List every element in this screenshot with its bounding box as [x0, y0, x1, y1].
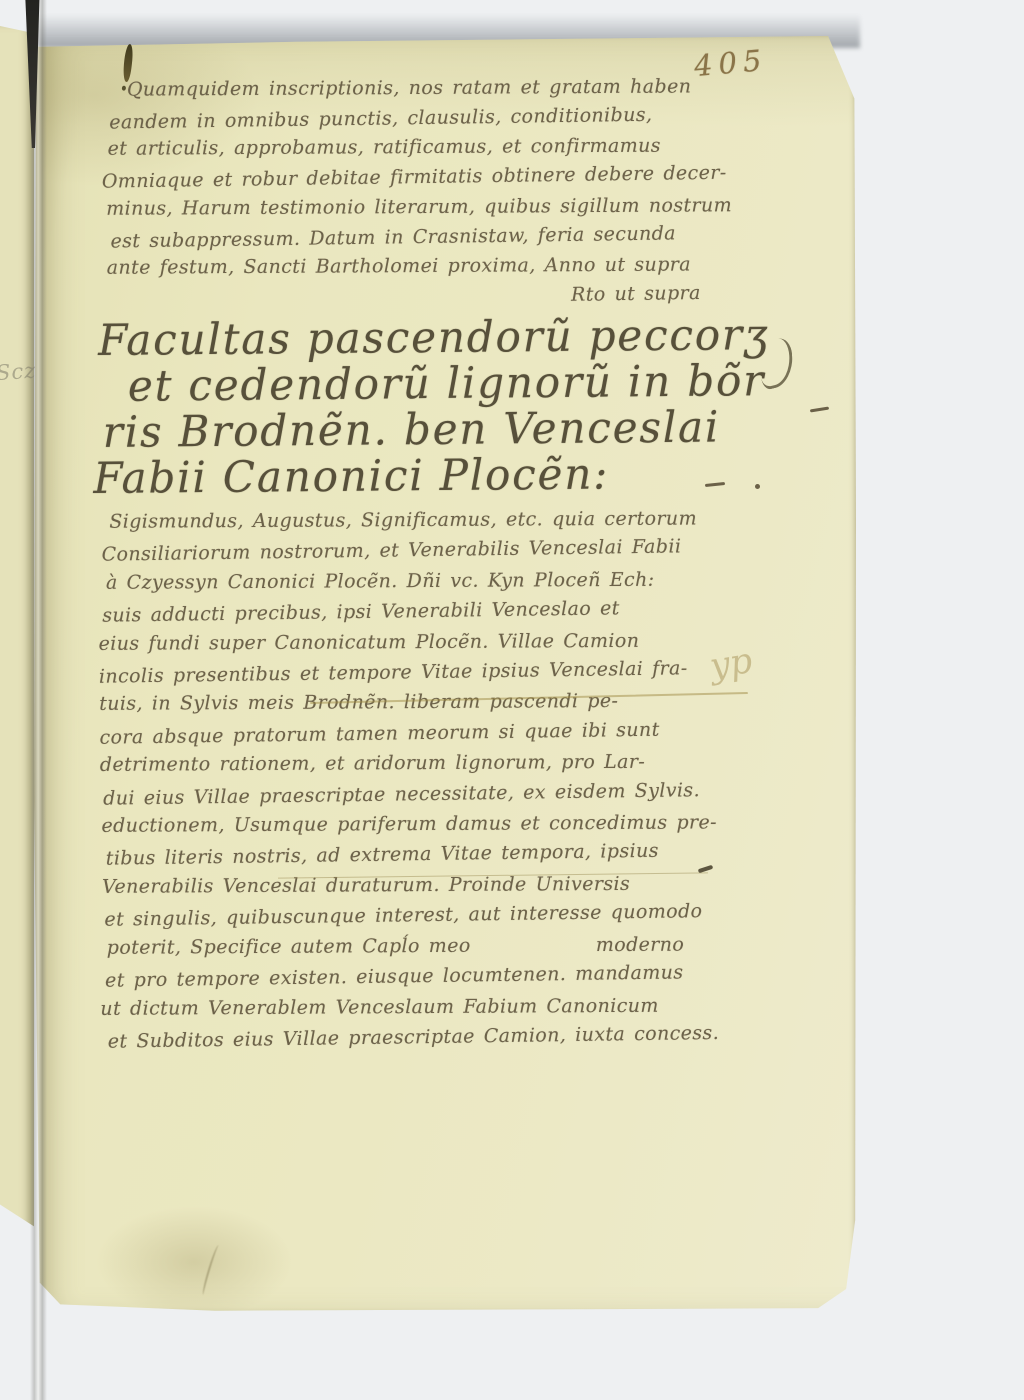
manuscript-line: ris Brodnẽn. ben Venceslai	[103, 404, 799, 456]
previous-page-edge	[0, 26, 34, 1236]
marginal-mark: yp	[707, 641, 755, 687]
top-paragraph: Quamquidem inscriptionis, nos ratam et g…	[101, 71, 743, 315]
body-paragraph: Sigismundus, Augustus, Significamus, etc…	[95, 502, 761, 1056]
manuscript-scan: Scz 405 Quamquidem inscriptionis, nos ra…	[0, 0, 1024, 1400]
ink-dot	[755, 484, 760, 489]
previous-page-text-fragment: Scz	[0, 359, 31, 385]
manuscript-line: Fabii Canonici Plocẽn:	[93, 450, 799, 502]
section-heading: Facultas pascendorũ peccorʒet cedendorũ …	[92, 312, 799, 502]
manuscript-line: Rto ut supra	[571, 278, 743, 310]
clamp-rod	[30, 0, 47, 1400]
